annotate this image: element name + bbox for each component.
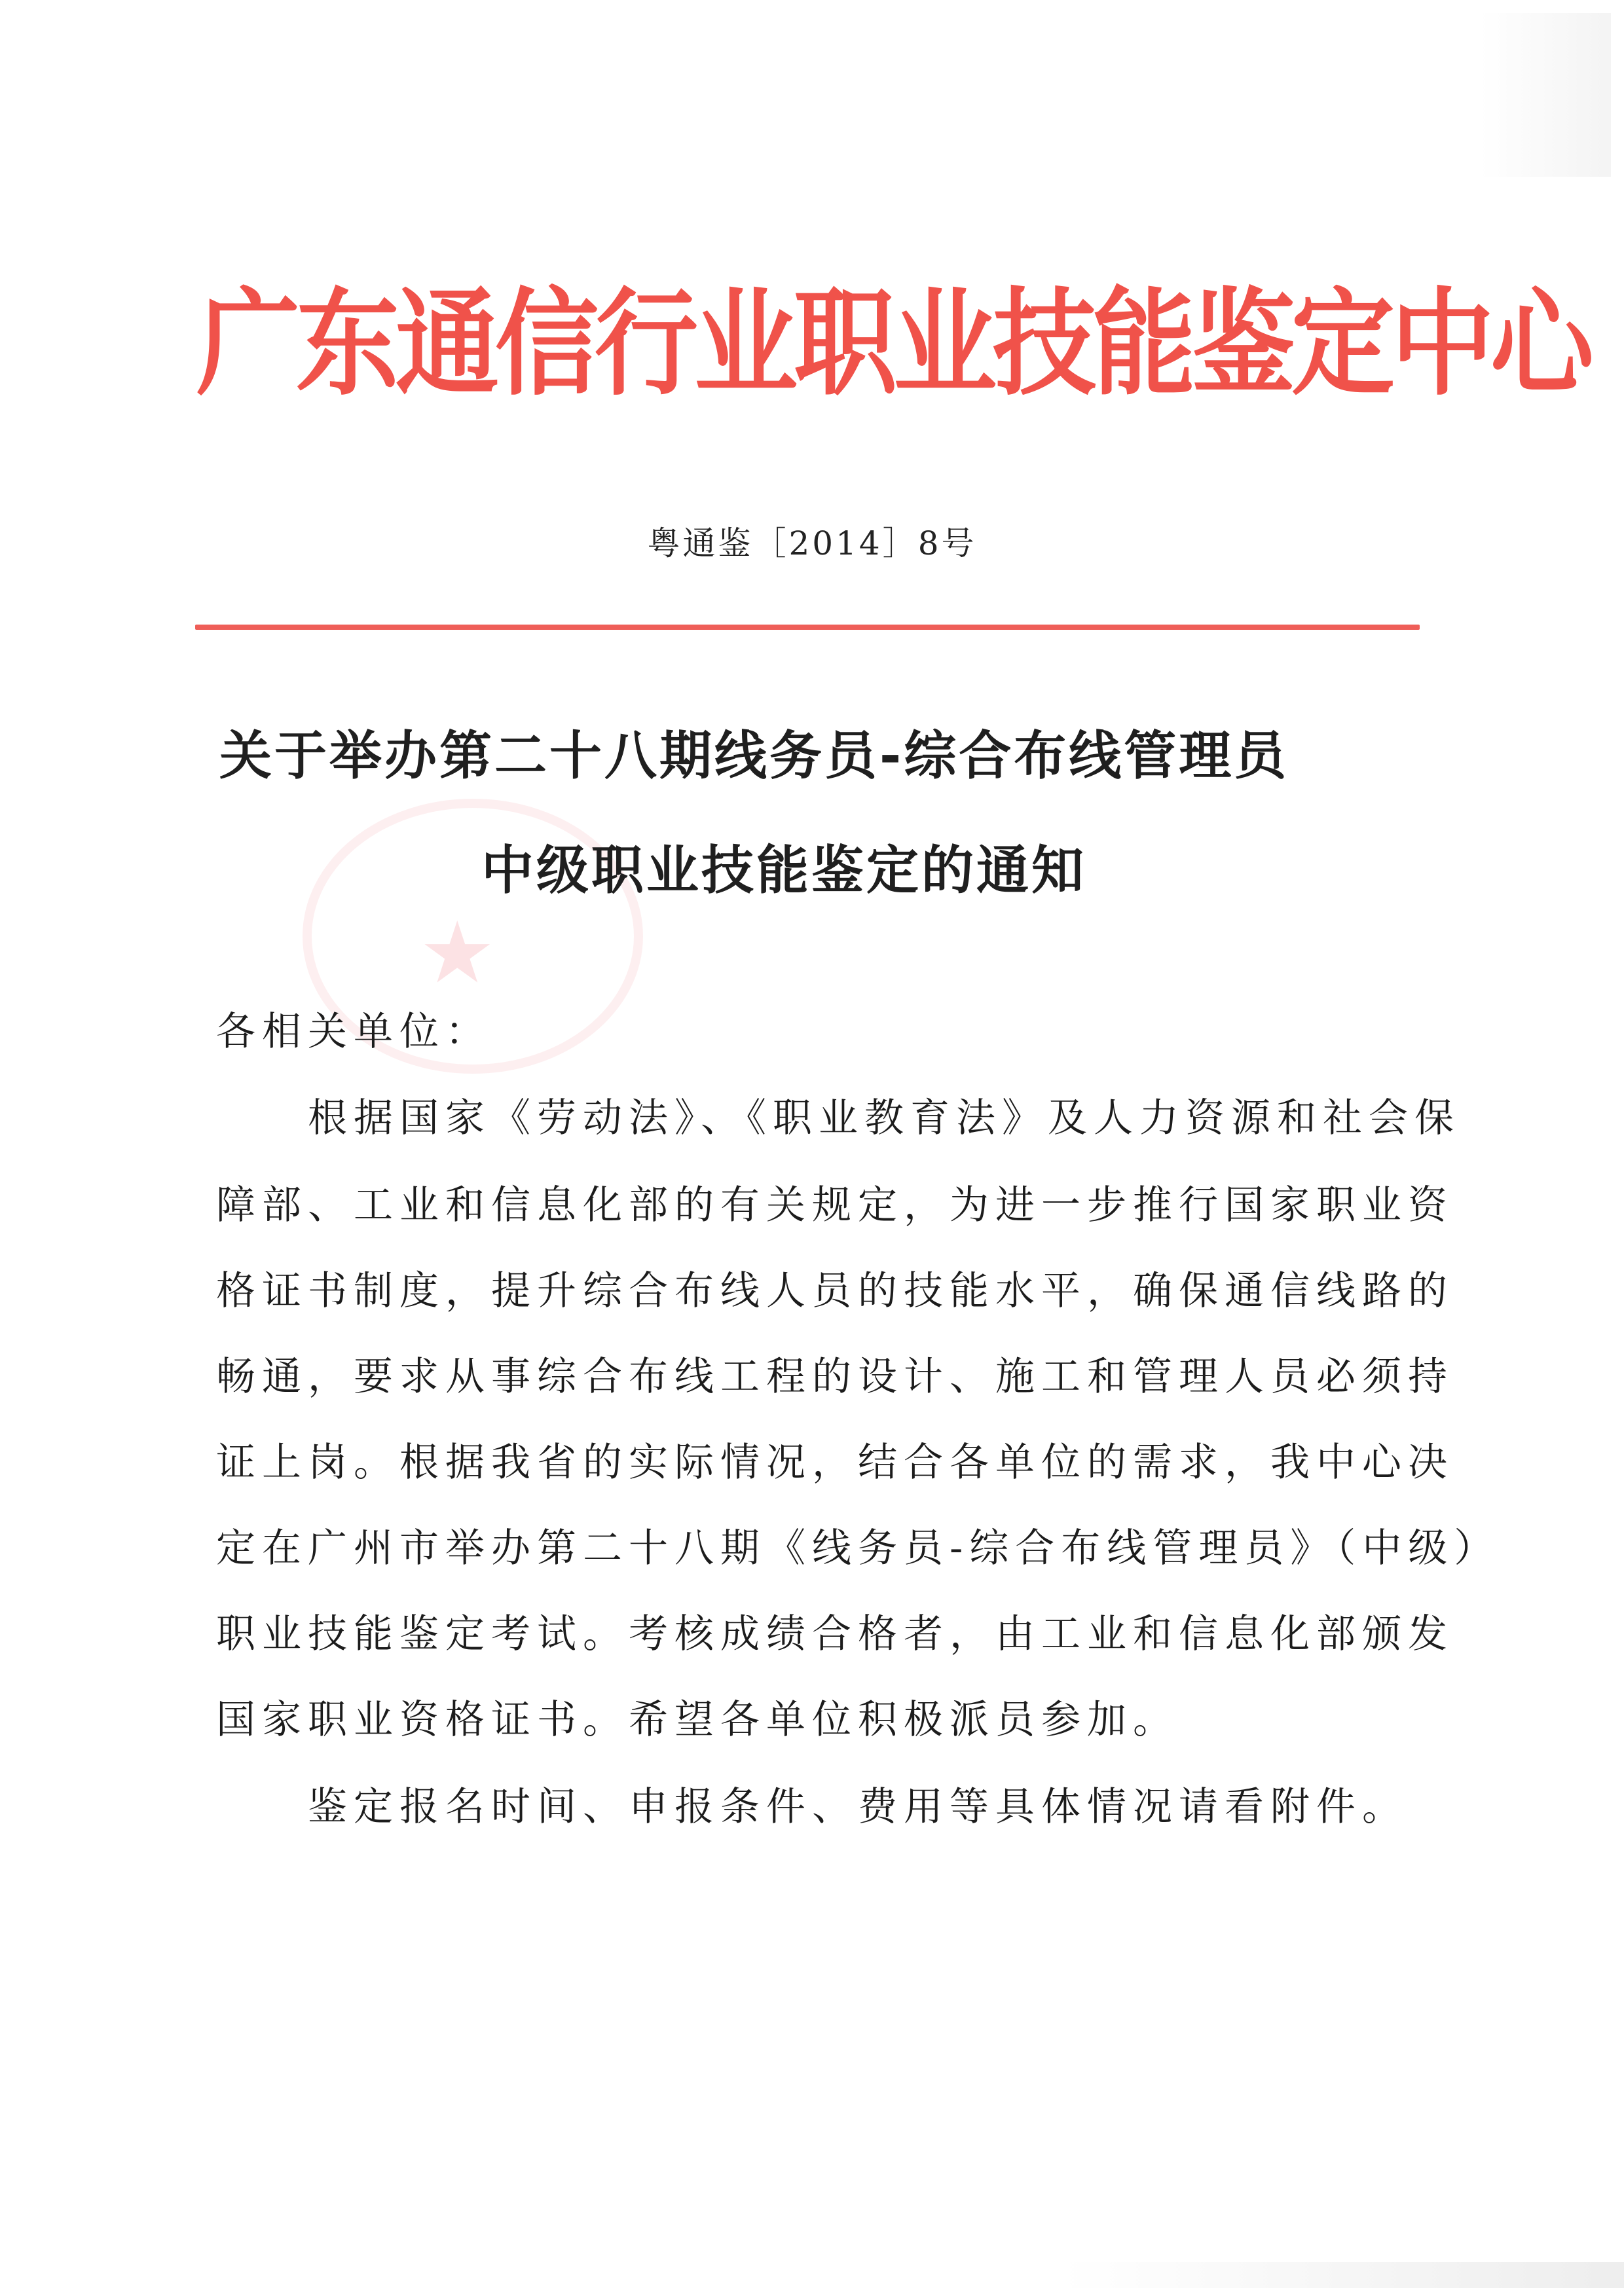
notice-title-line-1: 关于举办第二十八期线务员-综合布线管理员 xyxy=(219,714,1289,789)
letterhead-title: 广东通信行业职业技能鉴定中心 xyxy=(196,272,1441,396)
scan-edge-shadow xyxy=(1480,13,1611,177)
body-line: 根据国家《劳动法》、《职业教育法》及人力资源和社会保 xyxy=(216,1087,1460,1143)
body-line: 定在广州市举办第二十八期《线务员-综合布线管理员》（中级） xyxy=(216,1517,1500,1573)
body-line: 职业技能鉴定考试。考核成绩合格者，由工业和信息化部颁发 xyxy=(216,1603,1454,1659)
red-divider xyxy=(195,625,1420,630)
body-line: 证上岗。根据我省的实际情况，结合各单位的需求，我中心决 xyxy=(216,1431,1454,1487)
official-seal-star-icon: ★ xyxy=(419,910,496,995)
body-line: 畅通，要求从事综合布线工程的设计、施工和管理人员必须持 xyxy=(216,1345,1454,1402)
body-line: 鉴定报名时间、申报条件、费用等具体情况请看附件。 xyxy=(216,1776,1408,1832)
body-line: 国家职业资格证书。希望各单位积极派员参加。 xyxy=(216,1688,1179,1745)
document-number: 粤通鉴［2014］8号 xyxy=(629,517,995,564)
letterhead-text: 广东通信行业职业技能鉴定中心 xyxy=(196,251,1590,417)
notice-title-line-2: 中级职业技能鉴定的通知 xyxy=(481,828,1086,903)
scan-edge-shadow xyxy=(1061,2262,1624,2288)
salutation: 各相关单位： xyxy=(216,1000,491,1057)
body-line: 格证书制度，提升综合布线人员的技能水平，确保通信线路的 xyxy=(216,1260,1454,1316)
document-page: 广东通信行业职业技能鉴定中心 粤通鉴［2014］8号 ★ 关于举办第二十八期线务… xyxy=(0,0,1624,2296)
body-line: 障部、工业和信息化部的有关规定，为进一步推行国家职业资 xyxy=(216,1174,1454,1230)
